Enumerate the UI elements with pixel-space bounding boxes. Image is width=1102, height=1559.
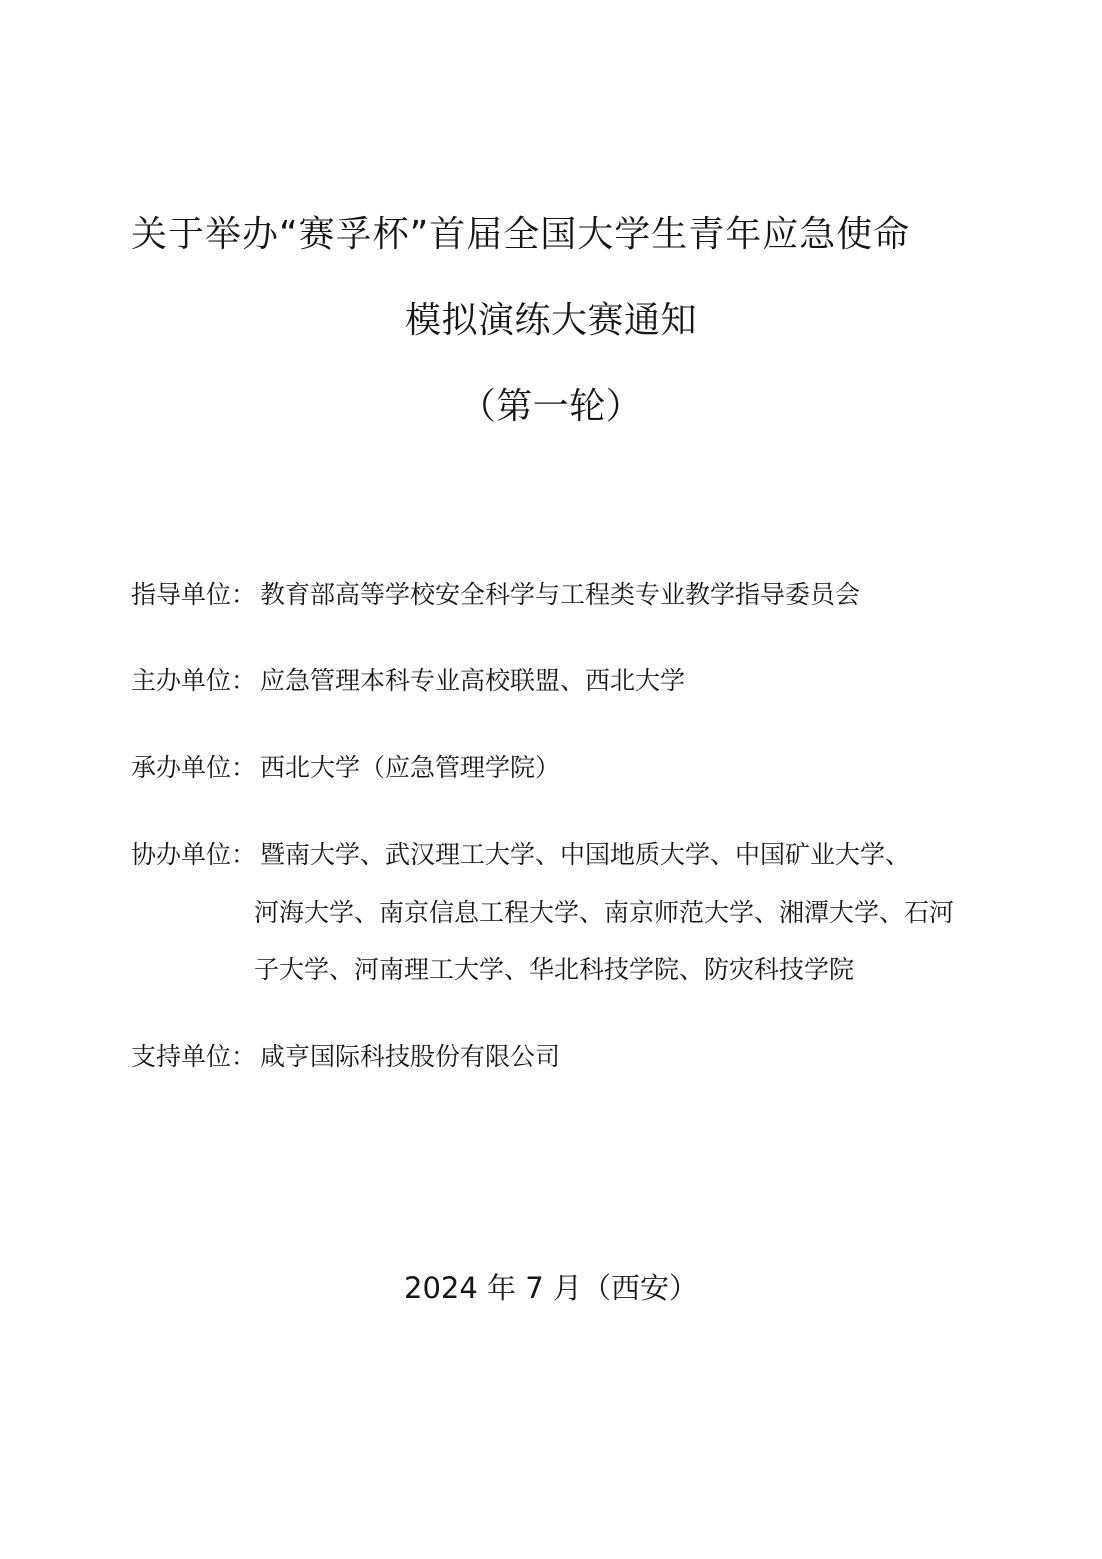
title-line-2: 模拟演练大赛通知 bbox=[0, 299, 1102, 343]
org-value: 教育部高等学校安全科学与工程类专业教学指导委员会 bbox=[260, 580, 860, 609]
org-value: 咸亨国际科技股份有限公司 bbox=[260, 1042, 560, 1071]
org-row-guidance: 指导单位：教育部高等学校安全科学与工程类专业教学指导委员会 bbox=[131, 578, 860, 612]
org-value: 西北大学（应急管理学院） bbox=[260, 753, 560, 782]
org-label: 承办单位： bbox=[131, 751, 260, 785]
org-row-organizer: 承办单位：西北大学（应急管理学院） bbox=[131, 751, 560, 785]
org-row-co-organizer: 协办单位：暨南大学、武汉理工大学、中国地质大学、中国矿业大学、 bbox=[131, 838, 910, 872]
org-value: 应急管理本科专业高校联盟、西北大学 bbox=[260, 666, 685, 695]
co-organizer-line-2: 河海大学、南京信息工程大学、南京师范大学、湘潭大学、石河 bbox=[254, 896, 954, 930]
document-page: 关于举办“赛孚杯”首届全国大学生青年应急使命 模拟演练大赛通知 （第一轮） 指导… bbox=[0, 0, 1102, 1559]
org-label: 协办单位： bbox=[131, 838, 260, 872]
date-place: 2024 年 7 月（西安） bbox=[0, 1268, 1102, 1308]
title-line-1: 关于举办“赛孚杯”首届全国大学生青年应急使命 bbox=[131, 213, 945, 257]
org-label: 指导单位： bbox=[131, 578, 260, 612]
co-organizer-line-3: 子大学、河南理工大学、华北科技学院、防灾科技学院 bbox=[254, 953, 854, 987]
org-label: 主办单位： bbox=[131, 664, 260, 698]
org-label: 支持单位： bbox=[131, 1040, 260, 1074]
org-row-host: 主办单位：应急管理本科专业高校联盟、西北大学 bbox=[131, 664, 685, 698]
org-value: 暨南大学、武汉理工大学、中国地质大学、中国矿业大学、 bbox=[260, 840, 910, 869]
org-row-supporter: 支持单位：咸亨国际科技股份有限公司 bbox=[131, 1040, 560, 1074]
title-line-3: （第一轮） bbox=[0, 385, 1102, 429]
